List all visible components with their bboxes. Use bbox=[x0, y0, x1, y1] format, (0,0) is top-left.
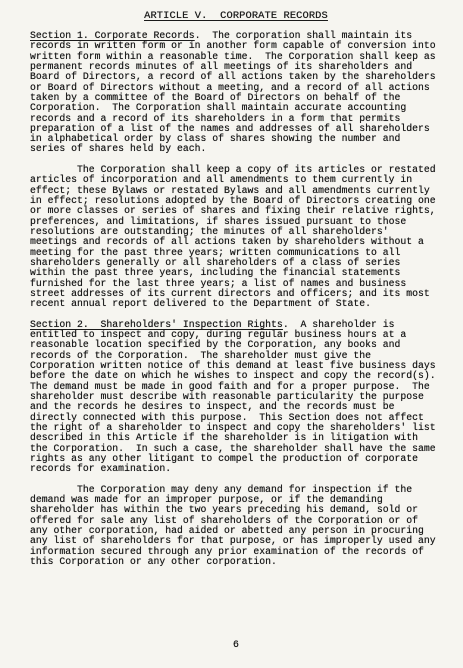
section-2-paragraph: Section 2. Shareholders' Inspection Righ… bbox=[30, 320, 446, 475]
document-body: Section 1. Corporate Records. The corpor… bbox=[30, 31, 446, 578]
section-2-body: . A shareholder is entitled to inspect a… bbox=[30, 319, 436, 474]
section-1-body: . The corporation shall maintain its rec… bbox=[30, 30, 436, 154]
article-title: ARTICLE V. CORPORATE RECORDS bbox=[30, 11, 442, 21]
page-number: 6 bbox=[30, 640, 442, 650]
records-copy-paragraph: The Corporation shall keep a copy of its… bbox=[30, 165, 446, 309]
document-page: ARTICLE V. CORPORATE RECORDS Section 1. … bbox=[0, 0, 463, 668]
inspection-denial-paragraph: The Corporation may deny any demand for … bbox=[30, 485, 446, 568]
section-1-paragraph: Section 1. Corporate Records. The corpor… bbox=[30, 31, 446, 155]
article-title-text: ARTICLE V. CORPORATE RECORDS bbox=[144, 10, 328, 22]
inspection-denial-body: The Corporation may deny any demand for … bbox=[30, 484, 436, 567]
records-copy-body: The Corporation shall keep a copy of its… bbox=[30, 164, 436, 309]
